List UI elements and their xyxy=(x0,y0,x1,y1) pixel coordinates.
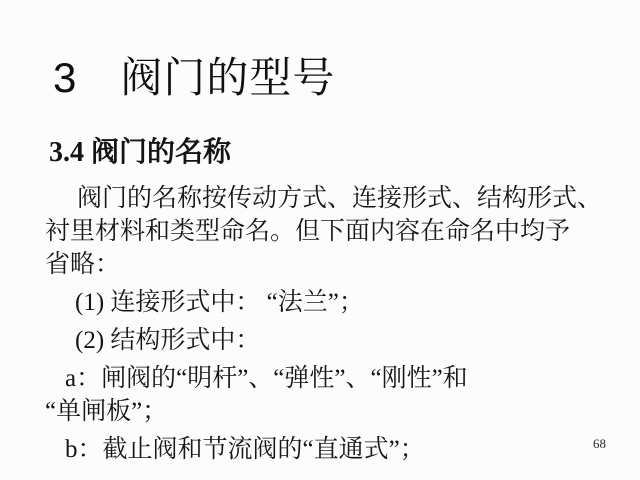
slide-title: 3 阀门的型号 xyxy=(53,56,610,100)
paragraph-line-1: 阀门的名称按传动方式、连接形式、结构形式、 xyxy=(45,182,610,215)
paragraph-line-3: 省略： xyxy=(45,248,610,281)
section-heading: 3.4 阀门的名称 xyxy=(49,136,610,170)
body-text: 阀门的名称按传动方式、连接形式、结构形式、 衬里材料和类型命名。但下面内容在命名… xyxy=(45,182,610,466)
list-item-1: (1) 连接形式中： “法兰”； xyxy=(45,286,610,319)
list-item-b: b：截止阀和节流阀的“直通式”； xyxy=(45,433,610,466)
list-item-a-wrap: “单闸板”； xyxy=(45,395,610,428)
list-item-2: (2) 结构形式中： xyxy=(45,324,610,357)
slide: 3 阀门的型号 3.4 阀门的名称 阀门的名称按传动方式、连接形式、结构形式、 … xyxy=(0,0,640,480)
paragraph-line-2: 衬里材料和类型命名。但下面内容在命名中均予 xyxy=(45,215,610,248)
page-number: 68 xyxy=(593,436,606,451)
list-item-a: a：闸阀的“明杆”、“弹性”、“刚性”和 xyxy=(45,362,610,395)
